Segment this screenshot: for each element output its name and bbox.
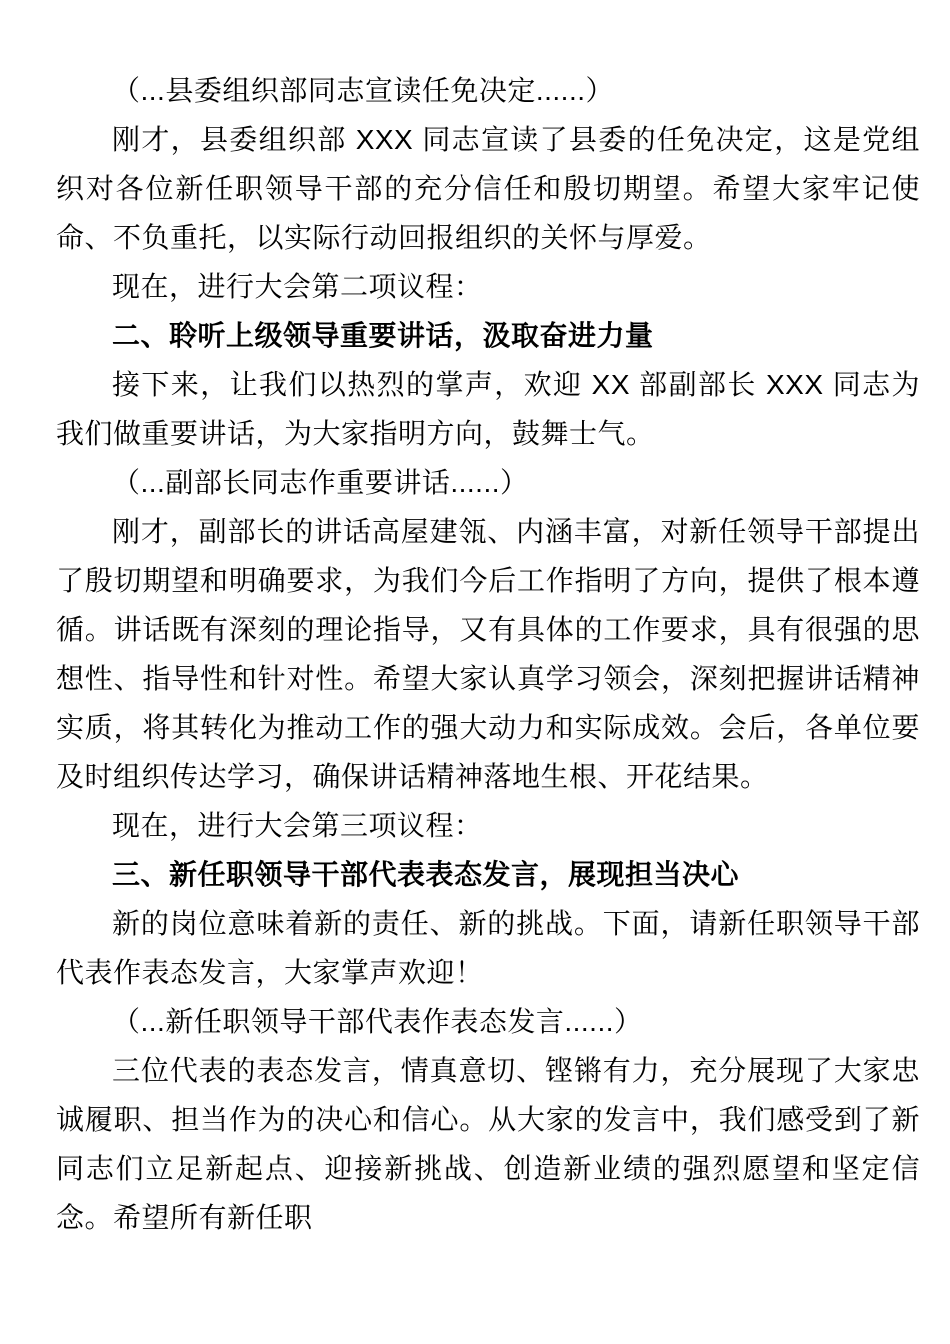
paragraph-agenda-item-2-intro: 现在，进行大会第二项议程：: [56, 262, 920, 311]
stage-direction-announce-appointment: （...县委组织部同志宣读任免决定......）: [56, 66, 920, 115]
paragraph-welcome-speech: 接下来，让我们以热烈的掌声，欢迎 XX 部副部长 XXX 同志为我们做重要讲话，…: [56, 360, 920, 458]
stage-direction-representative-speech: （...新任职领导干部代表作表态发言......）: [56, 997, 920, 1046]
paragraph-appointment-remarks: 刚才，县委组织部 XXX 同志宣读了县委的任免决定，这是党组织对各位新任职领导干…: [56, 115, 920, 262]
paragraph-speech-commentary: 三位代表的表态发言，情真意切、铿锵有力，充分展现了大家忠诚履职、担当作为的决心和…: [56, 1046, 920, 1242]
document-page: （...县委组织部同志宣读任免决定......） 刚才，县委组织部 XXX 同志…: [0, 0, 950, 1344]
document-text-block: （...县委组织部同志宣读任免决定......） 刚才，县委组织部 XXX 同志…: [56, 66, 920, 1242]
stage-direction-deputy-minister-speech: （...副部长同志作重要讲话......）: [56, 458, 920, 507]
paragraph-speech-summary: 刚才，副部长的讲话高屋建瓴、内涵丰富，对新任领导干部提出了殷切期望和明确要求，为…: [56, 507, 920, 801]
paragraph-agenda-item-3-intro: 现在，进行大会第三项议程：: [56, 801, 920, 850]
section-heading-2: 二、聆听上级领导重要讲话，汲取奋进力量: [56, 311, 920, 360]
section-heading-3: 三、新任职领导干部代表表态发言，展现担当决心: [56, 850, 920, 899]
paragraph-representative-speech-intro: 新的岗位意味着新的责任、新的挑战。下面，请新任职领导干部代表作表态发言，大家掌声…: [56, 899, 920, 997]
